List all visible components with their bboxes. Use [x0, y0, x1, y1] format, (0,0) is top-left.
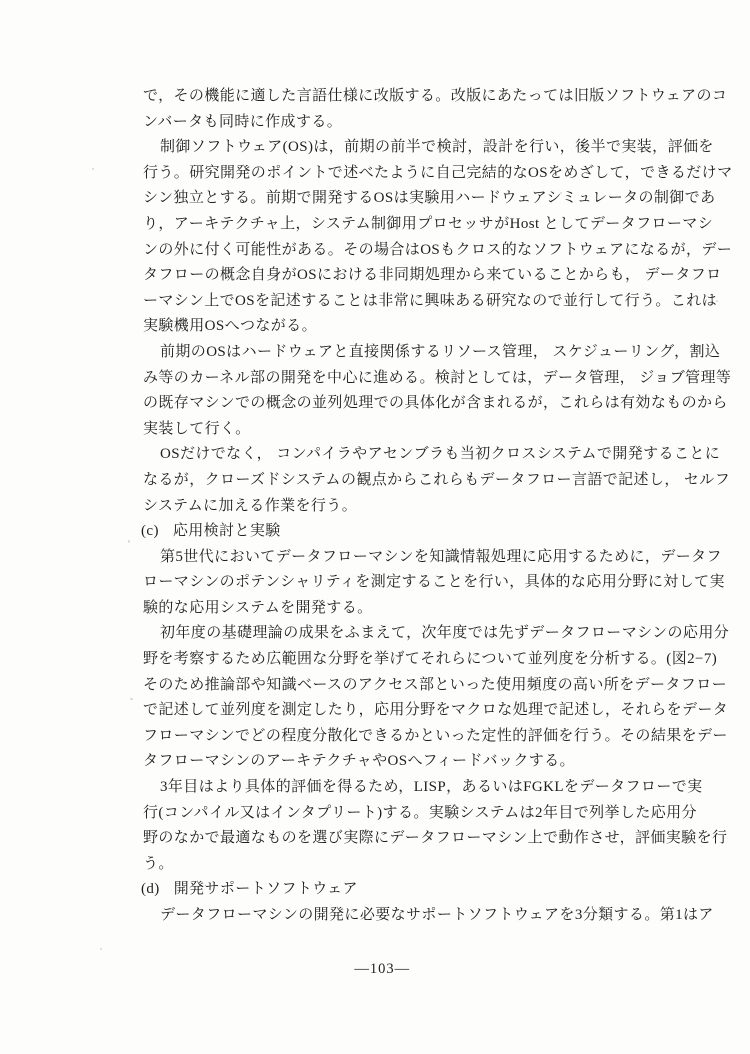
- text-line: 3年目はより具体的評価を得るため，LISP，あるいはFGKLをデータフローで実: [143, 775, 728, 801]
- text-line: データフローマシンの開発に必要なサポートソフトウェアを3分類する。第1はア: [143, 903, 728, 929]
- section-title: 応用検討と実験: [173, 523, 281, 539]
- text-line: タフローの概念自身がOSにおける非同期処理から来ていることからも， データフロ: [143, 263, 728, 289]
- text-line: で，その機能に適した言語仕様に改版する。改版にあたっては旧版ソフトウェアのコ: [143, 84, 728, 110]
- text-line: なるが，クローズドシステムの観点からこれらもデータフロー言語で記述し， セルフ: [143, 468, 728, 494]
- text-line: で記述して並列度を測定したり，応用分野をマクロな処理で記述し，それらをデータ: [143, 698, 728, 724]
- text-line: 野を考察するため広範囲な分野を挙げてそれらについて並列度を分析する。(図2−7): [143, 647, 728, 673]
- text-line: ーマシン上でOSを記述することは非常に興味ある研究なので並行して行う。これは: [143, 289, 728, 315]
- text-line: 行う。研究開発のポイントで述べたように自己完結的なOSをめざして，できるだけマ: [143, 161, 728, 187]
- text-line: タフローマシンのアーキテクチャやOSへフィードバックする。: [143, 749, 728, 775]
- text-line: ローマシンのポテンシャリティを測定することを行い，具体的な応用分野に対して実: [143, 570, 728, 596]
- text-line: ンバータも同時に作成する。: [143, 110, 728, 136]
- text-line: 実装して行く。: [143, 417, 728, 443]
- text-line: 験的な応用システムを開発する。: [143, 596, 728, 622]
- scan-speckle: [92, 168, 94, 170]
- scan-speckle: [716, 300, 718, 302]
- document-text-block: で，その機能に適した言語仕様に改版する。改版にあたっては旧版ソフトウェアのコンバ…: [143, 84, 728, 929]
- text-line: システムに加える作業を行う。: [143, 494, 728, 520]
- text-line: 実験機用OSへつながる。: [143, 314, 728, 340]
- text-line: 初年度の基礎理論の成果をふまえて，次年度では先ずデータフローマシンの応用分: [143, 621, 728, 647]
- scan-speckle: [128, 540, 130, 543]
- text-line: フローマシンでどの程度分散化できるかといった定性的評価を行う。その結果をデー: [143, 724, 728, 750]
- text-line: の既存マシンでの概念の並列処理での具体化が含まれるが，これらは有効なものから: [143, 391, 728, 417]
- section-heading-line: (d)開発サポートソフトウェア: [141, 877, 728, 903]
- scan-speckle: [100, 948, 102, 950]
- page-number: —103—: [354, 961, 410, 978]
- text-line: う。: [143, 852, 728, 878]
- scanned-document-page: で，その機能に適した言語仕様に改版する。改版にあたっては旧版ソフトウェアのコンバ…: [0, 0, 750, 1054]
- text-line: 野のなかで最適なものを選び実際にデータフローマシン上で動作させ，評価実験を行: [143, 826, 728, 852]
- text-line: そのため推論部や知識ベースのアクセス部といった使用頻度の高い所をデータフロー: [143, 673, 728, 699]
- text-line: 行(コンパイル又はインタプリート)する。実験システムは2年目で列挙した応用分: [143, 801, 728, 827]
- scan-speckle: [130, 698, 133, 700]
- text-line: シン独立とする。前期で開発するOSは実験用ハードウェアシミュレータの制御であ: [143, 186, 728, 212]
- text-line: ンの外に付く可能性がある。その場合はOSもクロス的なソフトウェアになるが，デー: [143, 238, 728, 264]
- text-line: 第5世代においてデータフローマシンを知識情報処理に応用するために，データフ: [143, 545, 728, 571]
- text-line: 前期のOSはハードウェアと直接関係するリソース管理， スケジューリング，割込: [143, 340, 728, 366]
- section-label: (c): [141, 519, 159, 545]
- text-line: み等のカーネル部の開発を中心に進める。検討としては，データ管理， ジョブ管理等: [143, 366, 728, 392]
- scan-speckle: [560, 192, 562, 194]
- section-label: (d): [141, 877, 160, 903]
- text-line: り，アーキテクチャ上，システム制御用プロセッサがHost としてデータフローマシ: [143, 212, 728, 238]
- section-title: 開発サポートソフトウェア: [174, 881, 358, 897]
- text-line: OSだけでなく， コンパイラやアセンブラも当初クロスシステムで開発することに: [143, 442, 728, 468]
- text-line: 制御ソフトウェア(OS)は，前期の前半で検討，設計を行い，後半で実装，評価を: [143, 135, 728, 161]
- section-heading-line: (c)応用検討と実験: [141, 519, 728, 545]
